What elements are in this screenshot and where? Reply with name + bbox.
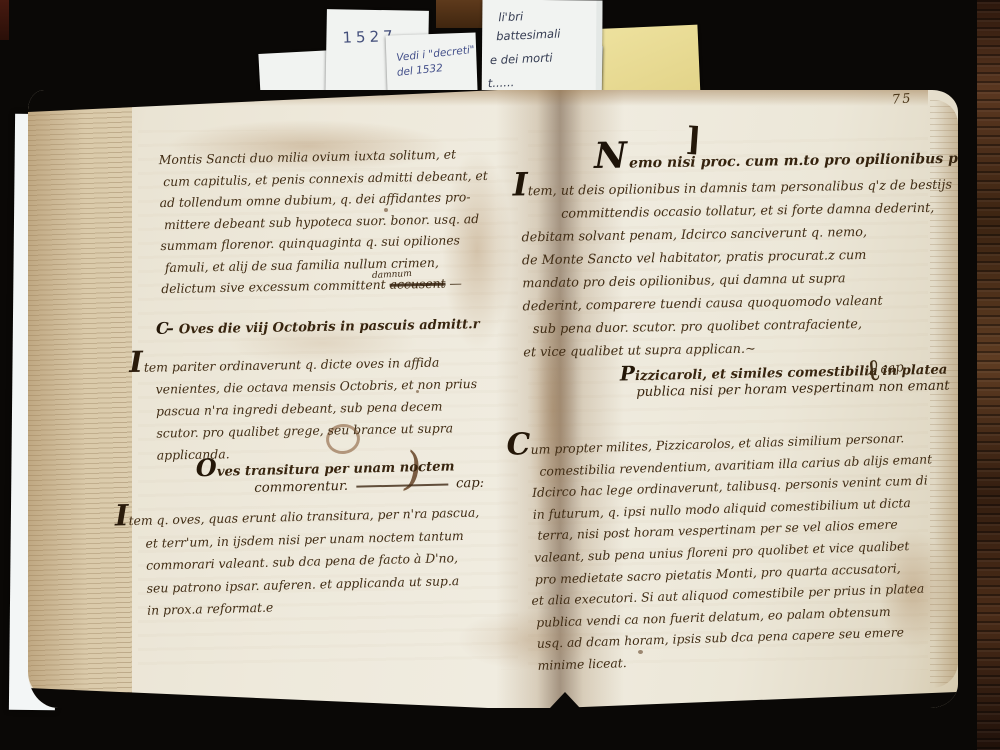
line-fragment: — <box>445 275 462 290</box>
photo-backdrop: Gli ebrei 1527 Vedi i "decreti" del 1532… <box>0 0 1000 750</box>
open-manuscript-book: 75 Montis Sancti duo milia ovium iuxta s… <box>28 90 958 708</box>
chapter-abbrev: cap: <box>456 476 484 492</box>
tab-label: del 1532 <box>396 62 443 79</box>
paragraph-mark: C– <box>156 319 171 338</box>
right-page-paragraph-2: Cum propter milites, Pizzicarolos, et al… <box>506 421 938 677</box>
tab-label: li'bri <box>498 9 523 24</box>
line-fragment: delictum sive excessum committent <box>161 277 390 296</box>
wood-corner-sliver <box>0 0 9 40</box>
tab-label: t...... <box>487 75 514 90</box>
folio-number: 75 <box>892 91 914 107</box>
interlinear-correction: damnum <box>372 269 412 281</box>
chapter-abbrev-mark: ℓcap <box>864 350 905 389</box>
tab-label: battesimali <box>496 26 561 43</box>
left-page-paragraph-3: Item q. oves, quas erunt alio transitura… <box>115 496 482 623</box>
chapter-abbrev: cap <box>880 360 905 377</box>
right-page-paragraph-1: Item, ut deis opilionibus in damnis tam … <box>513 167 955 365</box>
heading-rule <box>356 483 448 487</box>
wood-shelf-edge <box>977 0 1000 750</box>
page-silhouette-wedge <box>28 688 488 708</box>
tab-label: Vedi i "decreti" <box>396 44 475 64</box>
heading-fragment: commorentur. <box>254 479 348 496</box>
left-page-paragraph-1: Montis Sancti duo milia ovium iuxta soli… <box>159 143 490 300</box>
left-page-heading-2: Oves transitura per unam noctem commoren… <box>196 447 485 498</box>
tab-label: e dei morti <box>490 50 553 67</box>
